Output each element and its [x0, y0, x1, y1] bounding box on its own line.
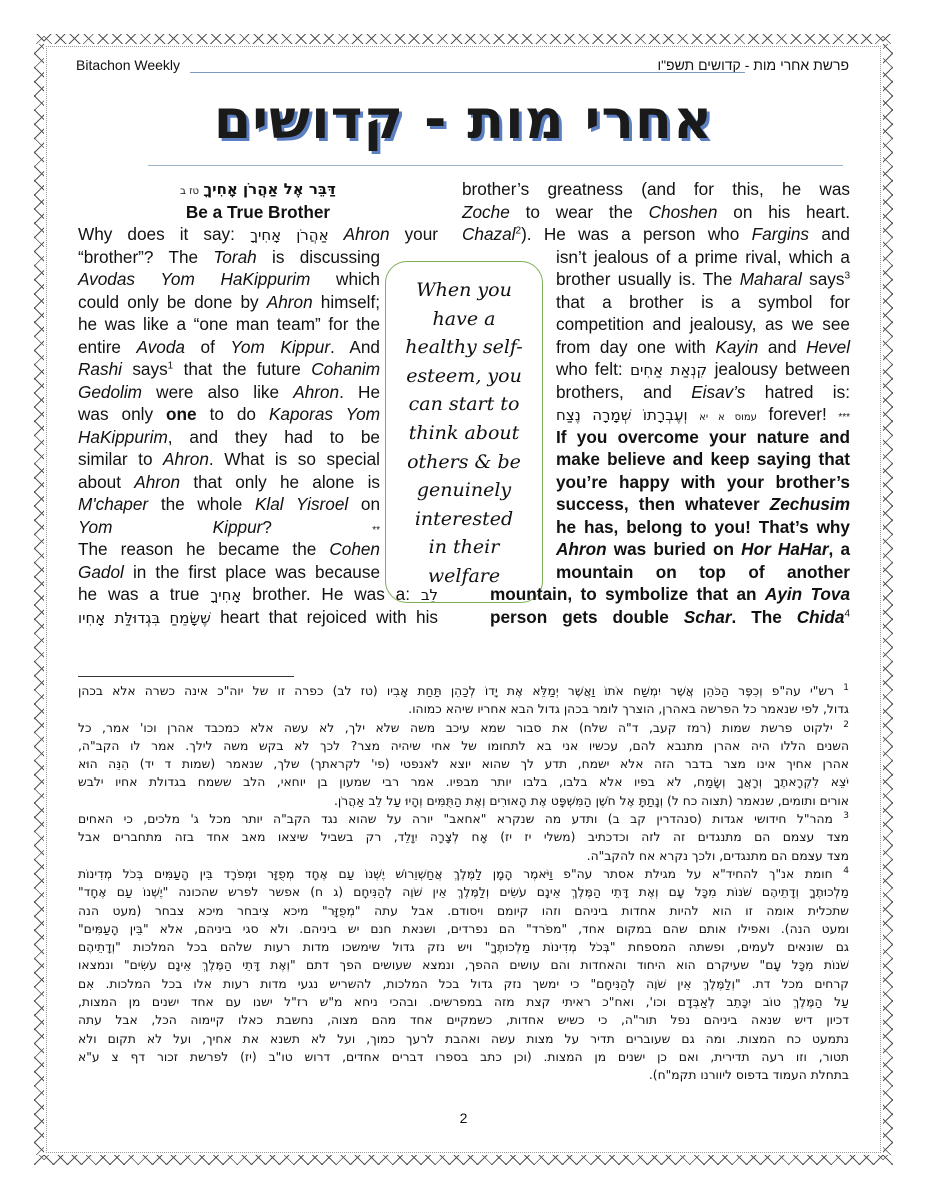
text-line: could only be done by Ahron himself; — [78, 291, 380, 314]
footnote-2: 2 ילקוט פרשת שמות (רמז קעב, ד"ה שלח) את … — [78, 719, 849, 810]
text-line: brother usually is. The Maharal says3 — [556, 268, 850, 291]
article-left-column: דַּבֵּר אֶל אַהֲרֹן אָחִיךָ טז ב Be a Tr… — [78, 178, 438, 628]
text-line: Yom Kippur? ** — [78, 516, 380, 539]
footnote-4: 4 חומת אנ"ך להחיד"א על מגילת אסתר עה"פ ו… — [78, 865, 849, 1085]
footnote-1: 1 רש"י עה"פ וְכִפֶּר הַכֹּהֵן אֲשֶׁר יִמ… — [78, 682, 849, 719]
text-line: entire Avoda of Yom Kippur. And — [78, 336, 380, 359]
page-title: אחרי מות - קדושים — [0, 88, 927, 151]
footnote-ref[interactable]: 3 — [844, 270, 850, 281]
text-line: who felt: קִנְאַת אַחִים jealousy betwee… — [556, 358, 850, 381]
text-line: Ahron was buried on Hor HaHar, a — [556, 538, 850, 561]
verse-heading: דַּבֵּר אֶל אַהֲרֹן אָחִיךָ טז ב — [78, 178, 438, 201]
text-line: שֶׁשָּׂמֵחַ בִּגְדוּלַּת אָחִיו heart th… — [78, 606, 438, 629]
text-line: was only one to do Kaporas Yom — [78, 403, 380, 426]
footnote-3: 3 מהר"ל חידושי אגדות (סנהדרין קב ב) ותדע… — [78, 810, 849, 865]
text-line: Gadol in the first place was because — [78, 561, 380, 584]
text-line: “brother”? The Torah is discussing — [78, 246, 380, 269]
text-line: HaKippurim, and they had to be — [78, 426, 380, 449]
text-line: about Ahron that only he alone is — [78, 471, 380, 494]
text-line: brother’s greatness (and for this, he wa… — [462, 178, 850, 201]
text-line: Chazal2). He was a person who Fargins an… — [462, 223, 850, 246]
text-line: If you overcome your nature and — [556, 426, 850, 449]
text-line: Gedolim were also like Ahron. He — [78, 381, 380, 404]
text-line: M'chaper the whole Klal Yisroel on — [78, 493, 380, 516]
publication-name: Bitachon Weekly — [76, 57, 180, 73]
page-number: 2 — [0, 1110, 927, 1126]
text-line: mountain, to symbolize that an Ayin Tova — [490, 583, 850, 606]
article-right-column: brother’s greatness (and for this, he wa… — [462, 178, 850, 628]
article-heading: Be a True Brother — [78, 201, 438, 224]
text-line: person gets double Schar. The Chida4 — [490, 606, 850, 629]
text-line: he was a true אָחִיךָ brother. He was a:… — [78, 583, 438, 606]
footnote-ref[interactable]: 1 — [168, 360, 174, 371]
footnote-ref[interactable]: 4 — [844, 608, 850, 619]
text-line: mountain on top of another — [556, 561, 850, 584]
text-line: from day one with Kayin and Hevel — [556, 336, 850, 359]
text-line: he was like a “one man team” for the — [78, 313, 380, 336]
text-line: עמוס א יא וְעֶבְרָתוֹ שְׁמָרָה נֶצַח for… — [556, 403, 850, 426]
text-line: Zoche to wear the Choshen on his heart. — [462, 201, 850, 224]
text-line: make believe and keep saying that — [556, 448, 850, 471]
text-line: isn’t jealous of a prime rival, which a — [556, 246, 850, 269]
text-line: Rashi says1 that the future Cohanim — [78, 358, 380, 381]
footnotes: 1 רש"י עה"פ וְכִפֶּר הַכֹּהֵן אֲשֶׁר יִמ… — [78, 682, 849, 1085]
text-line: success, then whatever Zechusim — [556, 493, 850, 516]
text-line: Why does it say: אַהֲרֹן אָחִיךָ Ahron y… — [78, 223, 438, 246]
text-line: competition and jealousy, as we see — [556, 313, 850, 336]
text-line: similar to Ahron. What is so special — [78, 448, 380, 471]
text-line: The reason he became the Cohen — [78, 538, 380, 561]
text-line: you’re happy with your brother’s — [556, 471, 850, 494]
text-line: brothers, and Eisav’s hatred is: — [556, 381, 850, 404]
parsha-label: פרשת אחרי מות - קדושים תשפ"ו — [657, 57, 849, 73]
text-line: that a brother is a symbol for — [556, 291, 850, 314]
title-divider — [148, 165, 843, 166]
footnote-separator — [78, 676, 294, 677]
header-divider — [190, 72, 745, 73]
text-line: Avodas Yom HaKippurim which — [78, 268, 380, 291]
text-line: he has, belong to you! That’s why — [556, 516, 850, 539]
